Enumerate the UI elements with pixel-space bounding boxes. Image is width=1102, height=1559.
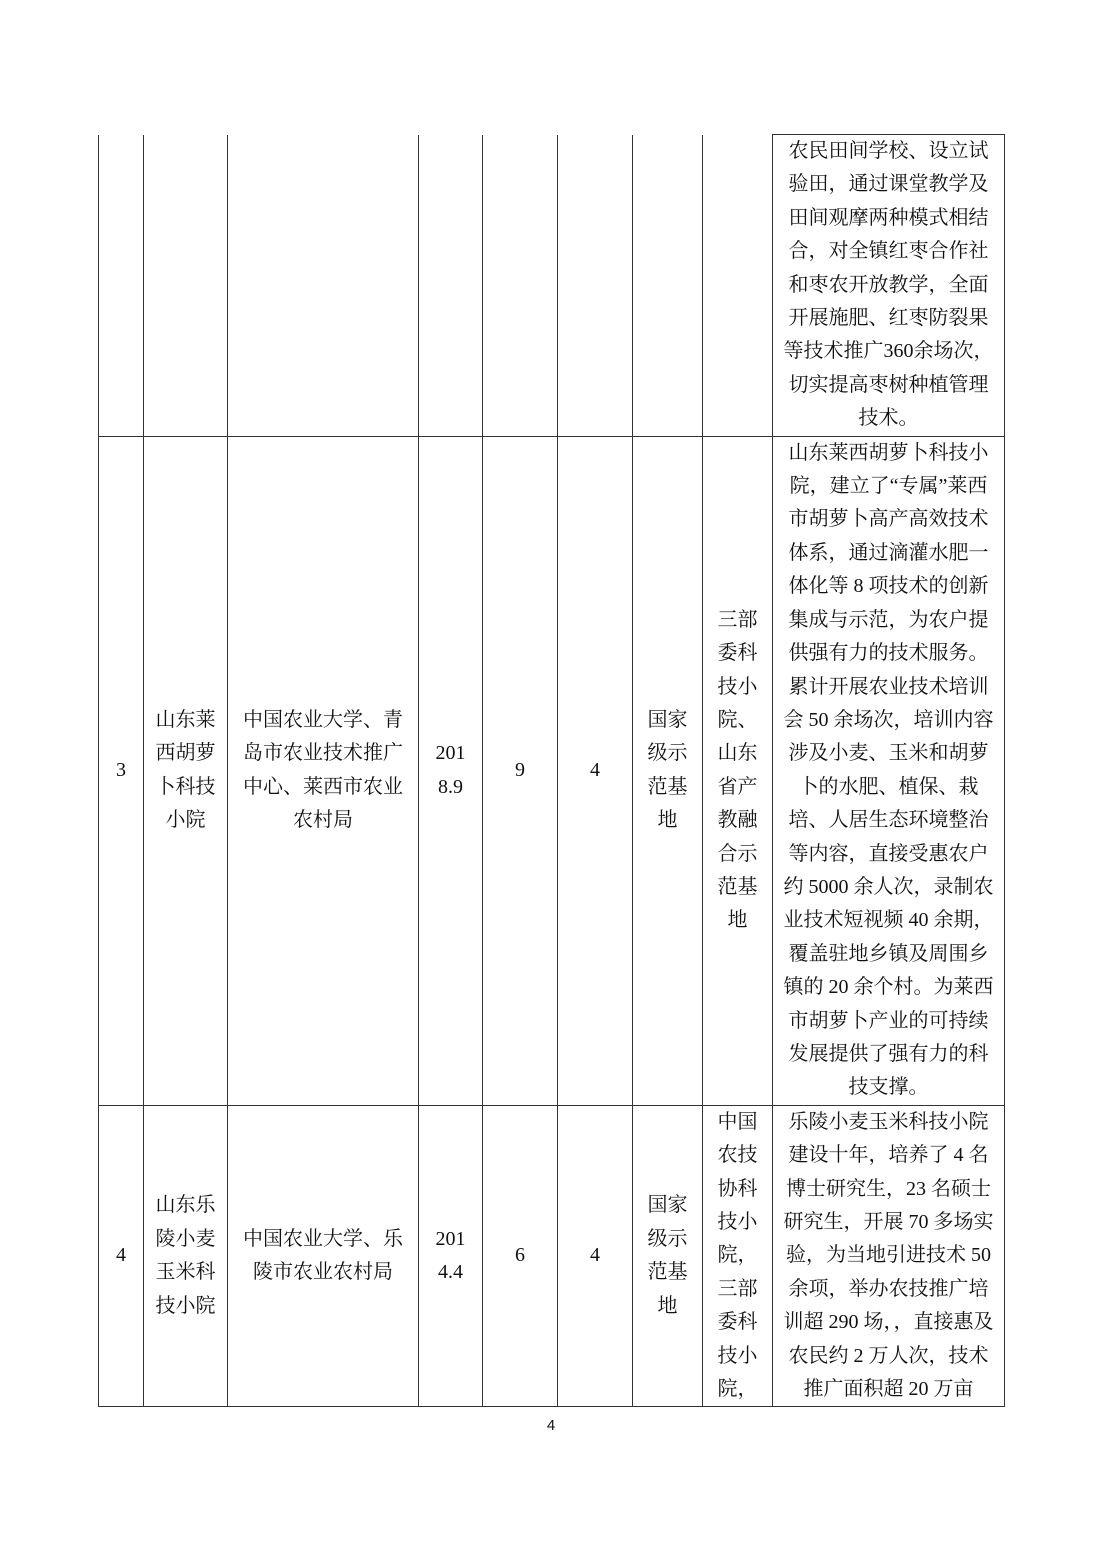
cell-name: 山东莱西胡萝卜科技小院 bbox=[144, 436, 228, 1105]
cell-established: 2014.4 bbox=[419, 1105, 483, 1407]
table-row-continued: 农民田间学校、设立试验田，通过课堂教学及田间观摩两种模式相结合，对全镇红枣合作社… bbox=[99, 135, 1005, 437]
cell-established bbox=[419, 135, 483, 437]
cell-description: 山东莱西胡萝卜科技小院，建立了“专属”莱西市胡萝卜高产高效技术体系，通过滴灌水肥… bbox=[773, 436, 1005, 1105]
cell-no: 3 bbox=[99, 436, 144, 1105]
cell-name: 山东乐陵小麦玉米科技小院 bbox=[144, 1105, 228, 1407]
table-row: 4 山东乐陵小麦玉米科技小院 中国农业大学、乐陵市农业农村局 2014.4 6 … bbox=[99, 1105, 1005, 1407]
cell-no: 4 bbox=[99, 1105, 144, 1407]
document-page: 农民田间学校、设立试验田，通过课堂教学及田间观摩两种模式相结合，对全镇红枣合作社… bbox=[0, 0, 1102, 1559]
cell-description: 乐陵小麦玉米科技小院建设十年，培养了 4 名博士研究生，23 名硕士研究生，开展… bbox=[773, 1105, 1005, 1407]
cell-col6: 4 bbox=[558, 436, 633, 1105]
cell-col5 bbox=[483, 135, 558, 437]
cell-organizations: 中国农业大学、乐陵市农业农村局 bbox=[228, 1105, 419, 1407]
cell-honors bbox=[703, 135, 773, 437]
cell-no bbox=[99, 135, 144, 437]
cell-col5: 9 bbox=[483, 436, 558, 1105]
cell-organizations: 中国农业大学、青岛市农业技术推广中心、莱西市农业农村局 bbox=[228, 436, 419, 1105]
cell-established: 2018.9 bbox=[419, 436, 483, 1105]
cell-organizations bbox=[228, 135, 419, 437]
cell-level: 国家级示范基地 bbox=[633, 436, 703, 1105]
cell-level bbox=[633, 135, 703, 437]
cell-description: 农民田间学校、设立试验田，通过课堂教学及田间观摩两种模式相结合，对全镇红枣合作社… bbox=[773, 135, 1005, 437]
cell-name bbox=[144, 135, 228, 437]
demonstration-base-table: 农民田间学校、设立试验田，通过课堂教学及田间观摩两种模式相结合，对全镇红枣合作社… bbox=[98, 134, 1005, 1407]
cell-col6 bbox=[558, 135, 633, 437]
cell-honors: 三部委科技小院、山东省产教融合示范基地 bbox=[703, 436, 773, 1105]
cell-honors: 中国农技协科技小院，三部委科技小院， bbox=[703, 1105, 773, 1407]
table-row: 3 山东莱西胡萝卜科技小院 中国农业大学、青岛市农业技术推广中心、莱西市农业农村… bbox=[99, 436, 1005, 1105]
description-text: 农民田间学校、设立试验田，通过课堂教学及田间观摩两种模式相结合，对全镇红枣合作社… bbox=[782, 135, 996, 436]
cell-col5: 6 bbox=[483, 1105, 558, 1407]
cell-col6: 4 bbox=[558, 1105, 633, 1407]
page-number: 4 bbox=[0, 1417, 1102, 1434]
cell-level: 国家级示范基地 bbox=[633, 1105, 703, 1407]
